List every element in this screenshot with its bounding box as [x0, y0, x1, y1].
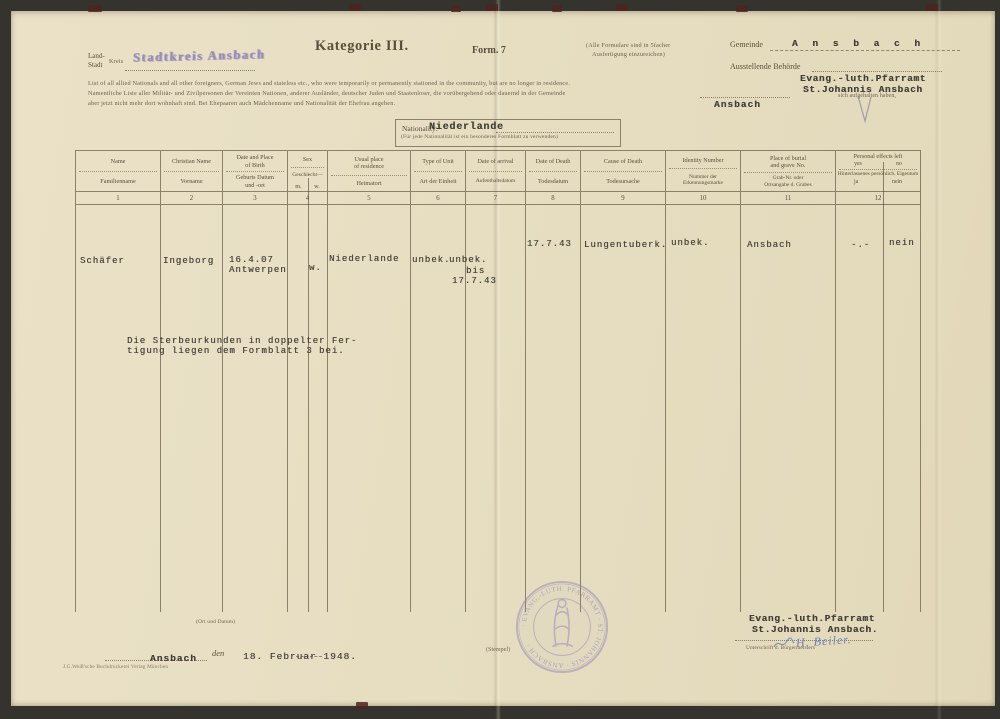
kreis-label: Kreis — [109, 57, 123, 67]
col-header-en: Usual place — [329, 156, 409, 163]
row-arrival-2: bis — [466, 266, 485, 276]
row-effects-yes: -.- — [851, 240, 870, 250]
col-header-de2: Ortsangabe d. Grabes — [742, 182, 834, 188]
binding-mark — [451, 5, 461, 12]
column-unit: Type of UnitArt der Einheit 6 — [411, 151, 466, 612]
issuing-authority-label: Ausstellende Behörde — [730, 62, 800, 71]
footer-authority-line2: St.Johannis Ansbach. — [752, 624, 878, 635]
date-blank-line — [296, 656, 322, 657]
right-fold-crease — [934, 0, 942, 719]
col-header-en: Cause of Death — [582, 158, 664, 165]
intro-paragraph-de-2: aber jetzt nicht mehr dort wohnhaft sind… — [88, 99, 395, 109]
sex-subcolumn-divider — [308, 178, 309, 612]
authority-typed-line1: Evang.-luth.Pfarramt — [800, 73, 926, 84]
col-header-de: Hinterlassenes persönlich. Eigentum — [837, 171, 919, 177]
binding-mark — [926, 4, 938, 11]
col-header-en: Name — [77, 158, 159, 165]
row-christian-name: Ingeborg — [163, 256, 214, 266]
col-number: 9 — [581, 192, 665, 205]
binding-mark — [616, 4, 628, 11]
col-header-en: Date of arrival — [467, 158, 524, 165]
row-residence: Niederlande — [329, 254, 399, 264]
nationality-note: (Für jede Nationalität ist ein besondere… — [401, 133, 558, 143]
col-header-en: Place of burial — [742, 155, 834, 162]
category-title: Kategorie III. — [315, 38, 409, 55]
col-number: 7 — [466, 192, 525, 205]
binding-mark — [552, 5, 562, 12]
col-number: 11 — [741, 192, 835, 205]
footer-authority-line1: Evang.-luth.Pfarramt — [749, 613, 875, 624]
col-header-en: Date and Place — [224, 154, 286, 161]
form-number-label: Form. 7 — [472, 45, 506, 56]
column-name: NameFamilienname 1 — [76, 151, 161, 612]
col-number: 5 — [328, 192, 410, 205]
row-arrival-1: unbek. — [449, 255, 487, 265]
printer-imprint: J.G.Weiß'sche Buchdruckerei Verlag Münch… — [63, 663, 168, 673]
nationality-value: Niederlande — [429, 122, 504, 133]
binding-mark — [356, 702, 368, 709]
col-header-en: Type of Unit — [412, 158, 464, 165]
col-header-de: Familienname — [77, 178, 159, 185]
parish-seal-stamp: · EVANG.-LUTH. PFARRAMT · ST. JOHANNIS ·… — [512, 578, 612, 676]
effects-subcolumn-divider — [883, 162, 884, 612]
row-arrival-3: 17.7.43 — [452, 276, 497, 286]
row-cause-of-death: Lungentuberk. — [584, 240, 667, 250]
col-number: 3 — [223, 192, 287, 205]
col-header-en: Sex — [289, 156, 326, 163]
row-birth-date: 16.4.07 — [229, 255, 274, 265]
land-label: Land- — [88, 52, 105, 60]
row-identity-number: unbek. — [671, 238, 709, 248]
effects-ja-label: ja — [854, 179, 858, 186]
col-header-de2: und -ort — [224, 182, 286, 189]
deceased-persons-table: NameFamilienname 1 Christian NameVorname… — [75, 150, 921, 612]
col-header-de: Aufenthaltsdatum — [467, 178, 524, 185]
column-arrival: Date of arrivalAufenthaltsdatum 7 — [466, 151, 526, 612]
col-header-en: Date of Death — [527, 158, 579, 165]
col-number: 4 — [288, 192, 327, 205]
row-effects-no: nein — [889, 238, 915, 248]
certificates-note-line1: Die Sterbeurkunden in doppelter Fer- — [127, 336, 357, 346]
column-christian-name: Christian NameVorname 2 — [161, 151, 223, 612]
signature-flourish — [773, 636, 795, 652]
effects-yes-label: yes — [854, 161, 862, 168]
col-header-de: Art der Einheit — [412, 178, 464, 185]
col-number: 6 — [411, 192, 465, 205]
col-header-de: Heimatort — [329, 180, 409, 187]
authority-blank-line — [812, 71, 942, 72]
row-sex: w. — [309, 263, 322, 273]
col-header-en: Christian Name — [162, 158, 221, 165]
binding-mark — [349, 4, 361, 11]
col-number: 2 — [161, 192, 222, 205]
column-sex: Sex Geschlecht— m.w. 4 — [288, 151, 328, 612]
binding-mark — [88, 5, 102, 12]
place-date-hint: (Ort und Datum) — [196, 618, 235, 628]
col-number: 12 — [836, 192, 920, 205]
binding-mark — [486, 4, 498, 11]
column-personal-effects: Personal effects left yesno Hinterlassen… — [836, 151, 921, 612]
row-burial-place: Ansbach — [747, 240, 792, 250]
col-header-de: Geburts Datum — [224, 174, 286, 181]
col-header-de: Todesdatum — [527, 178, 579, 185]
den-label: den — [212, 648, 224, 658]
row-unit: unbek. — [412, 255, 450, 265]
column-burial-place: Place of burialand grave No.Grab-Nr. ode… — [741, 151, 836, 612]
col-header-en: Identity Number — [667, 157, 739, 164]
col-number: 8 — [526, 192, 580, 205]
column-death-date: Date of DeathTodesdatum 8 — [526, 151, 581, 612]
kreis-blank-line — [125, 70, 255, 71]
gemeinde-blank-line — [770, 50, 960, 51]
col-header-de: Todesursache — [582, 178, 664, 185]
col-header-de: Vorname — [162, 178, 221, 185]
sex-female-label: w. — [314, 183, 320, 190]
nationality-box: Nationality: Niederlande (Für jede Natio… — [395, 119, 621, 147]
intro-paragraph-en: List of all allied Nationals and all oth… — [88, 79, 570, 89]
col-number: 10 — [666, 192, 740, 205]
binding-mark — [736, 5, 748, 12]
row-death-date: 17.7.43 — [527, 239, 572, 249]
effects-no-label: no — [896, 161, 902, 168]
col-header-de2: Erkennungsmarke — [667, 180, 739, 186]
stempel-label: (Stempel) — [486, 646, 510, 656]
scanned-form-page: Land- Stadt Kreis Stadtkreis Ansbach Kat… — [0, 0, 1000, 719]
sex-male-label: m. — [295, 183, 301, 190]
row-birth-place: Antwerpen — [229, 265, 287, 275]
certificates-note-line2: tigung liegen dem Formblatt 3 bei. — [127, 346, 345, 356]
col-header-en2: of Birth — [224, 162, 286, 169]
stadt-label: Stadt — [88, 61, 102, 69]
row-name: Schäfer — [80, 256, 125, 266]
gemeinde-value: A n s b a c h — [792, 38, 925, 49]
column-birth: Date and Placeof BirthGeburts Datumund -… — [223, 151, 288, 612]
col-header-en2: and grave No. — [742, 162, 834, 169]
col-number: 1 — [76, 192, 160, 205]
effects-nein-label: nein — [892, 179, 902, 186]
gemeinde-label: Gemeinde — [730, 40, 763, 49]
intro-paragraph-de-1: Namentliche Liste aller Militär- und Ziv… — [88, 89, 565, 99]
column-residence: Usual placeof residenceHeimatort 5 — [328, 151, 411, 612]
col-header-en2: of residence — [329, 163, 409, 170]
col-header-en: Personal effects left — [837, 153, 919, 160]
column-identity-number: Identity NumberNummer derErkennungsmarke… — [666, 151, 741, 612]
column-cause-of-death: Cause of DeathTodesursache 9 — [581, 151, 666, 612]
copies-note-line2: Ausfertigung einzureichen) — [592, 50, 665, 60]
community-blank-line — [700, 97, 790, 98]
community-typed-value: Ansbach — [714, 99, 761, 110]
check-mark — [856, 95, 874, 123]
